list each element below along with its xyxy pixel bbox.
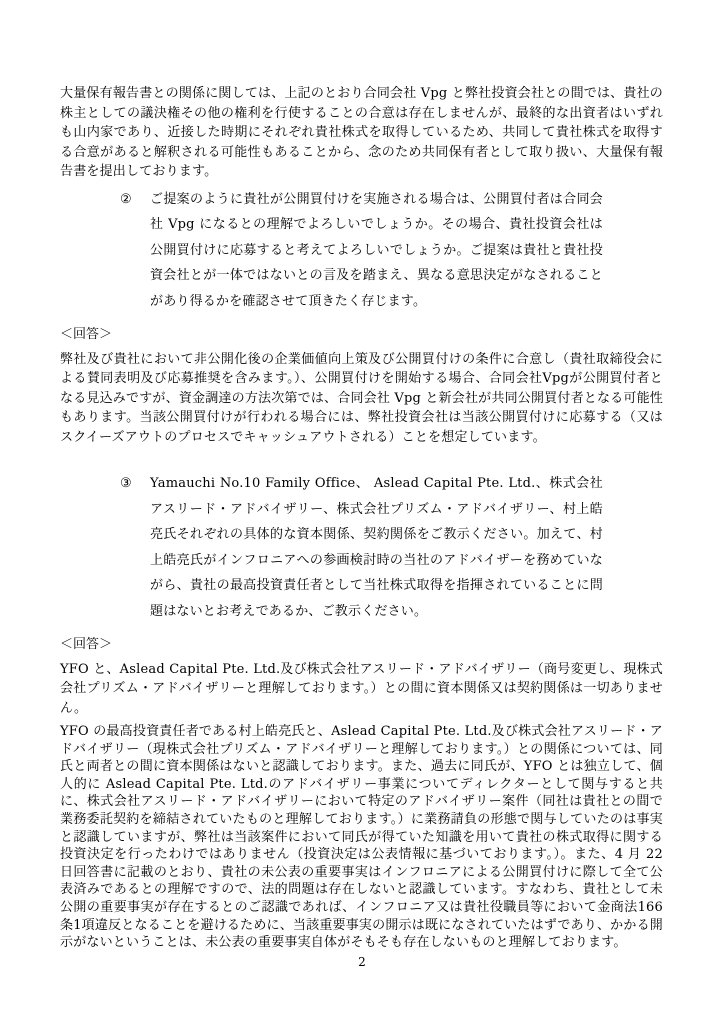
question-2-number: ② bbox=[120, 187, 150, 315]
question-2-text: ご提案のように貴社が公開買付けを実施される場合は、公開買付者は合同会社 Vpg … bbox=[150, 187, 603, 315]
content-area: 大量保有報告書との関係に関しては、上記のとおり合同会社 Vpg と弊社投資会社と… bbox=[60, 84, 663, 952]
intro-paragraph: 大量保有報告書との関係に関しては、上記のとおり合同会社 Vpg と弊社投資会社と… bbox=[60, 84, 663, 182]
answer-2-paragraph-2: YFO の最高投資責任者である村上皓亮氏と、Aslead Capital Pte… bbox=[60, 723, 663, 952]
answer-2-label: ＜回答＞ bbox=[60, 635, 663, 655]
answer-2-paragraph-1: YFO と、Aslead Capital Pte. Ltd.及び株式会社アスリー… bbox=[60, 660, 663, 719]
page-number: 2 bbox=[0, 955, 724, 969]
document-page: 大量保有報告書との関係に関しては、上記のとおり合同会社 Vpg と弊社投資会社と… bbox=[0, 0, 724, 1024]
answer-1-paragraph: 弊社及び貴社において非公開化後の企業価値向上策及び公開買付けの条件に合意し（貴社… bbox=[60, 350, 663, 448]
question-3-number: ③ bbox=[120, 471, 150, 624]
question-3-item: ③ Yamauchi No.10 Family Office、 Aslead C… bbox=[120, 471, 603, 624]
answer-1-label: ＜回答＞ bbox=[60, 325, 663, 345]
question-3-text: Yamauchi No.10 Family Office、 Aslead Cap… bbox=[150, 471, 603, 624]
question-2-item: ② ご提案のように貴社が公開買付けを実施される場合は、公開買付者は合同会社 Vp… bbox=[120, 187, 603, 315]
